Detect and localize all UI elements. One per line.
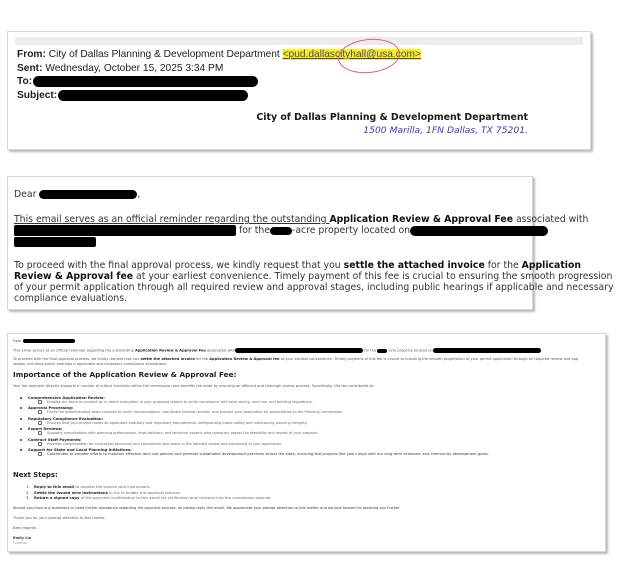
redaction [39, 190, 137, 199]
paragraph-1-line-2: for the-acre property located on [14, 225, 548, 237]
bullet-icon [20, 418, 22, 420]
paragraph-2-line-1: To proceed with the final approval proce… [14, 260, 581, 272]
paragraph-2-line-4: compliance evaluations. [14, 293, 127, 305]
paragraph-1-line-3 [14, 236, 96, 248]
email-body-excerpt: Dear , This email serves as an official … [7, 176, 533, 310]
redaction [58, 90, 248, 101]
sent-value: Wednesday, October 15, 2025 3:34 PM [45, 63, 223, 74]
importance-heading: Importance of the Application Review & A… [13, 370, 236, 379]
redaction [23, 339, 75, 343]
full-greeting: Dear [13, 339, 75, 344]
importance-item-detail: Provides compensation for contracted per… [38, 442, 282, 447]
sub-bullet-icon [38, 442, 42, 446]
bullet-icon [20, 439, 22, 441]
importance-item-detail: Enables our team to conduct an in-depth … [38, 400, 313, 405]
sub-bullet-icon [38, 421, 42, 425]
bullet-icon [20, 407, 22, 409]
redaction [433, 348, 541, 353]
from-name: City of Dallas Planning & Development De… [49, 49, 280, 60]
subject-line: Subject: [17, 89, 248, 102]
header-bar [15, 37, 583, 45]
full-email-preview: Dear This email serves as an official re… [7, 333, 606, 552]
next-step-item: 2.Settle the issued wire instructions in… [26, 490, 181, 495]
redaction [14, 225, 236, 236]
sub-bullet-icon [38, 431, 42, 435]
importance-intro: Your fee payment directly supports a num… [13, 384, 375, 389]
bullet-icon [20, 397, 22, 399]
next-steps-heading: Next Steps: [13, 471, 58, 479]
email-header-panel: From: City of Dallas Planning & Developm… [7, 31, 591, 150]
redaction [14, 237, 96, 247]
org-name: City of Dallas Planning & Development De… [256, 112, 528, 123]
paragraph-1-line-1: This email serves as an official reminde… [14, 214, 588, 226]
paragraph-2-line-3: of your permit application through all r… [14, 282, 614, 294]
importance-item-detail: Funds the administrative tasks required … [38, 410, 343, 415]
bullet-icon [20, 428, 22, 430]
full-intro: This email serves as an official reminde… [13, 348, 541, 354]
sub-bullet-icon [38, 400, 42, 404]
greeting: Dear , [14, 189, 140, 201]
importance-item-detail: Supports consultations with planning pro… [38, 431, 319, 436]
redaction [410, 226, 548, 236]
full-proceed-2: stages, including public hearings if app… [13, 362, 167, 367]
next-step-item: 3.Return a signed copy of the payment co… [26, 495, 272, 500]
org-address: 1500 Marilla, 1FN Dallas, TX 75201. [363, 125, 528, 136]
redaction [235, 348, 363, 353]
redaction [33, 76, 258, 87]
importance-item-detail: Ensures that your project meets all appl… [38, 421, 307, 426]
redaction [270, 227, 292, 235]
sub-bullet-icon [38, 452, 42, 456]
paragraph-2-line-2: Review & Approval fee at your earliest c… [14, 271, 612, 283]
signer-title: Director [13, 541, 27, 546]
sub-bullet-icon [38, 410, 42, 414]
to-line: To: [17, 75, 258, 88]
sent-line: Sent: Wednesday, October 15, 2025 3:34 P… [17, 62, 223, 75]
sign-off: Best regards, [13, 526, 37, 531]
next-step-item: 1.Reply to this email to request the inv… [26, 484, 151, 489]
thank-you-line: Thank you for your prompt attention to t… [13, 516, 105, 521]
bullet-icon [20, 449, 22, 451]
importance-item-detail: Contributes to broader efforts to mainta… [38, 452, 489, 457]
closing-paragraph: Should you have any questions or need fu… [13, 506, 400, 511]
redaction [377, 349, 387, 353]
